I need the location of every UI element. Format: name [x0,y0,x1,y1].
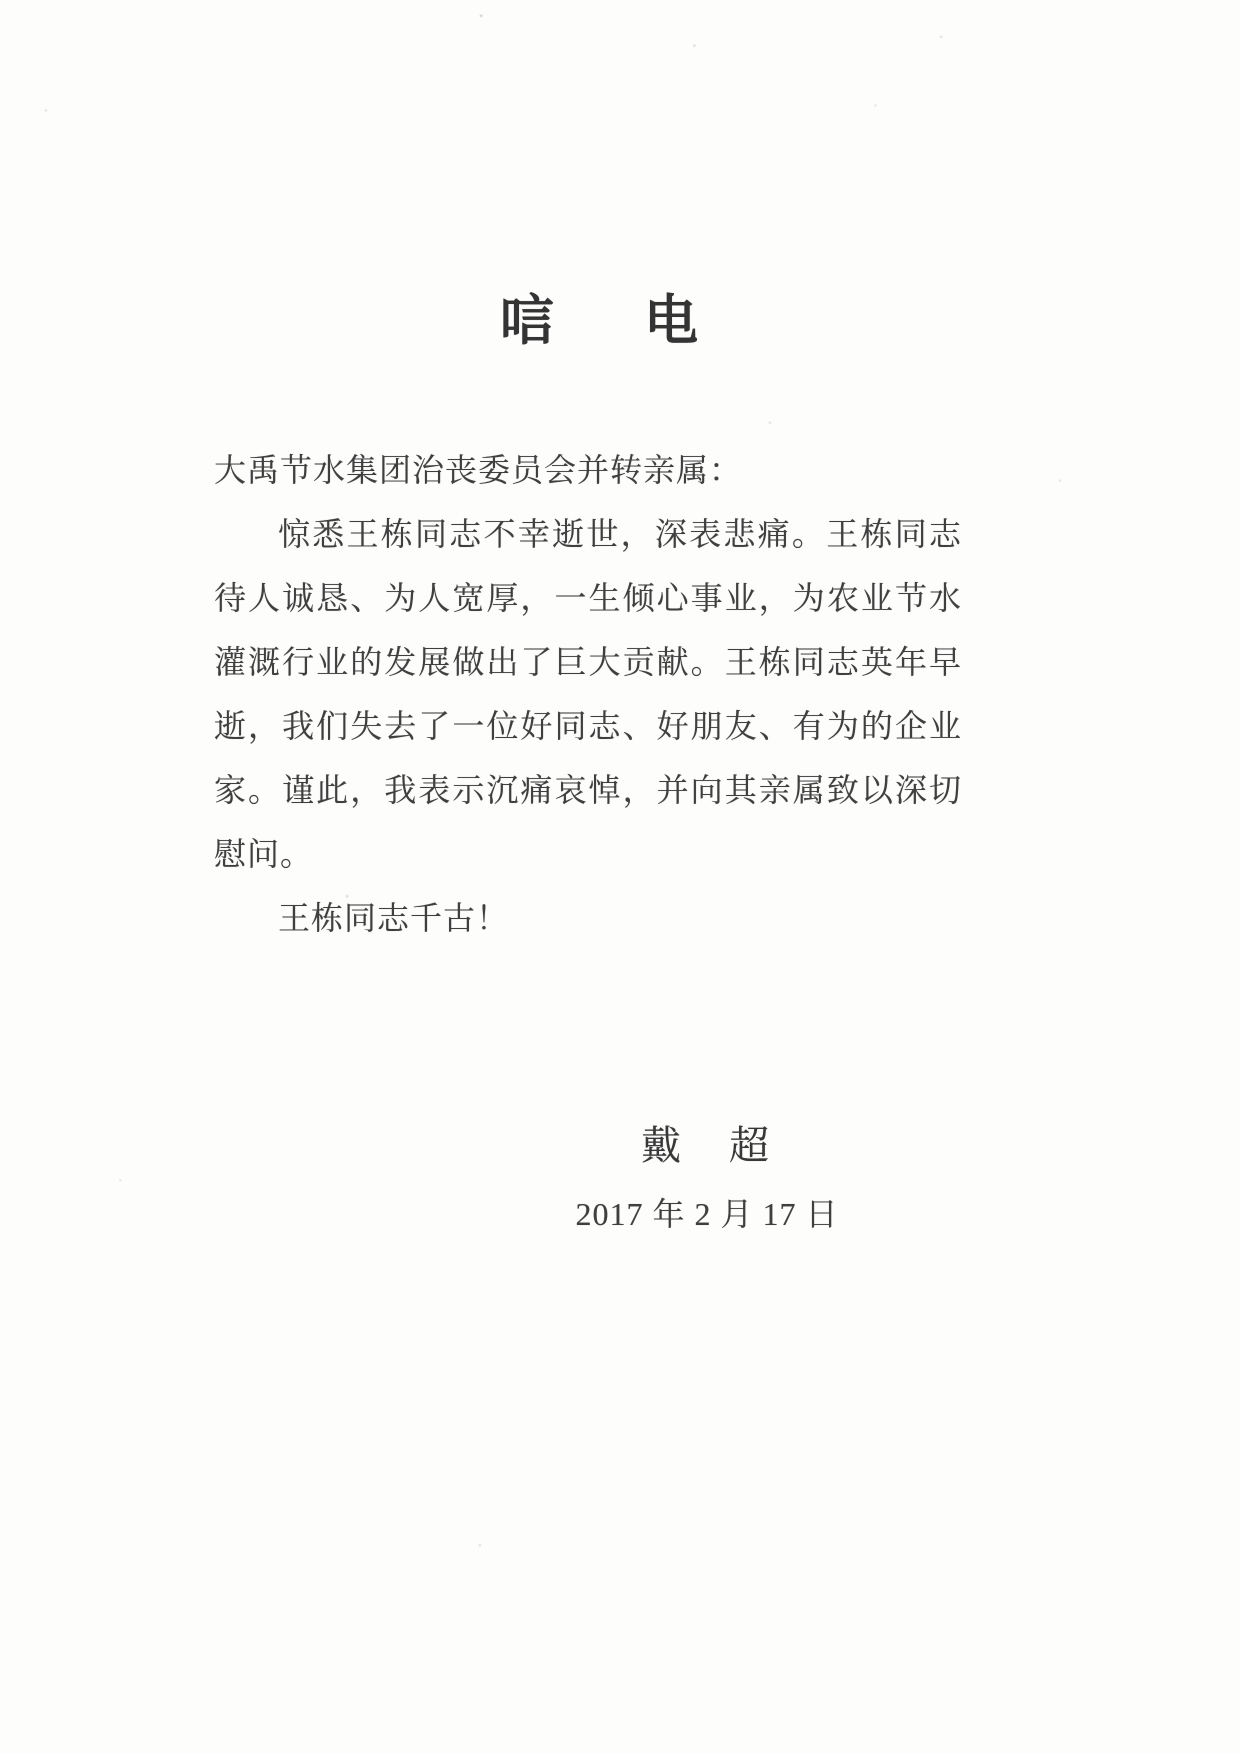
tribute-line: 王栋同志千古！ [214,886,962,950]
body-paragraph: 惊悉王栋同志不幸逝世，深表悲痛。王栋同志待人诚恳、为人宽厚，一生倾心事业，为农业… [214,502,962,886]
salutation-line: 大禹节水集团治丧委员会并转亲属： [214,438,962,502]
signature-name: 戴 超 [187,1122,1227,1170]
document-title: 唁 电 [214,278,962,355]
document-page: 唁 电 大禹节水集团治丧委员会并转亲属： 惊悉王栋同志不幸逝世，深表悲痛。王栋同… [0,0,1240,1754]
signature-block: 戴 超 2017 年 2 月 17 日 [187,1122,1227,1234]
document-body: 大禹节水集团治丧委员会并转亲属： 惊悉王栋同志不幸逝世，深表悲痛。王栋同志待人诚… [214,438,962,950]
signature-date: 2017 年 2 月 17 日 [187,1194,1227,1234]
